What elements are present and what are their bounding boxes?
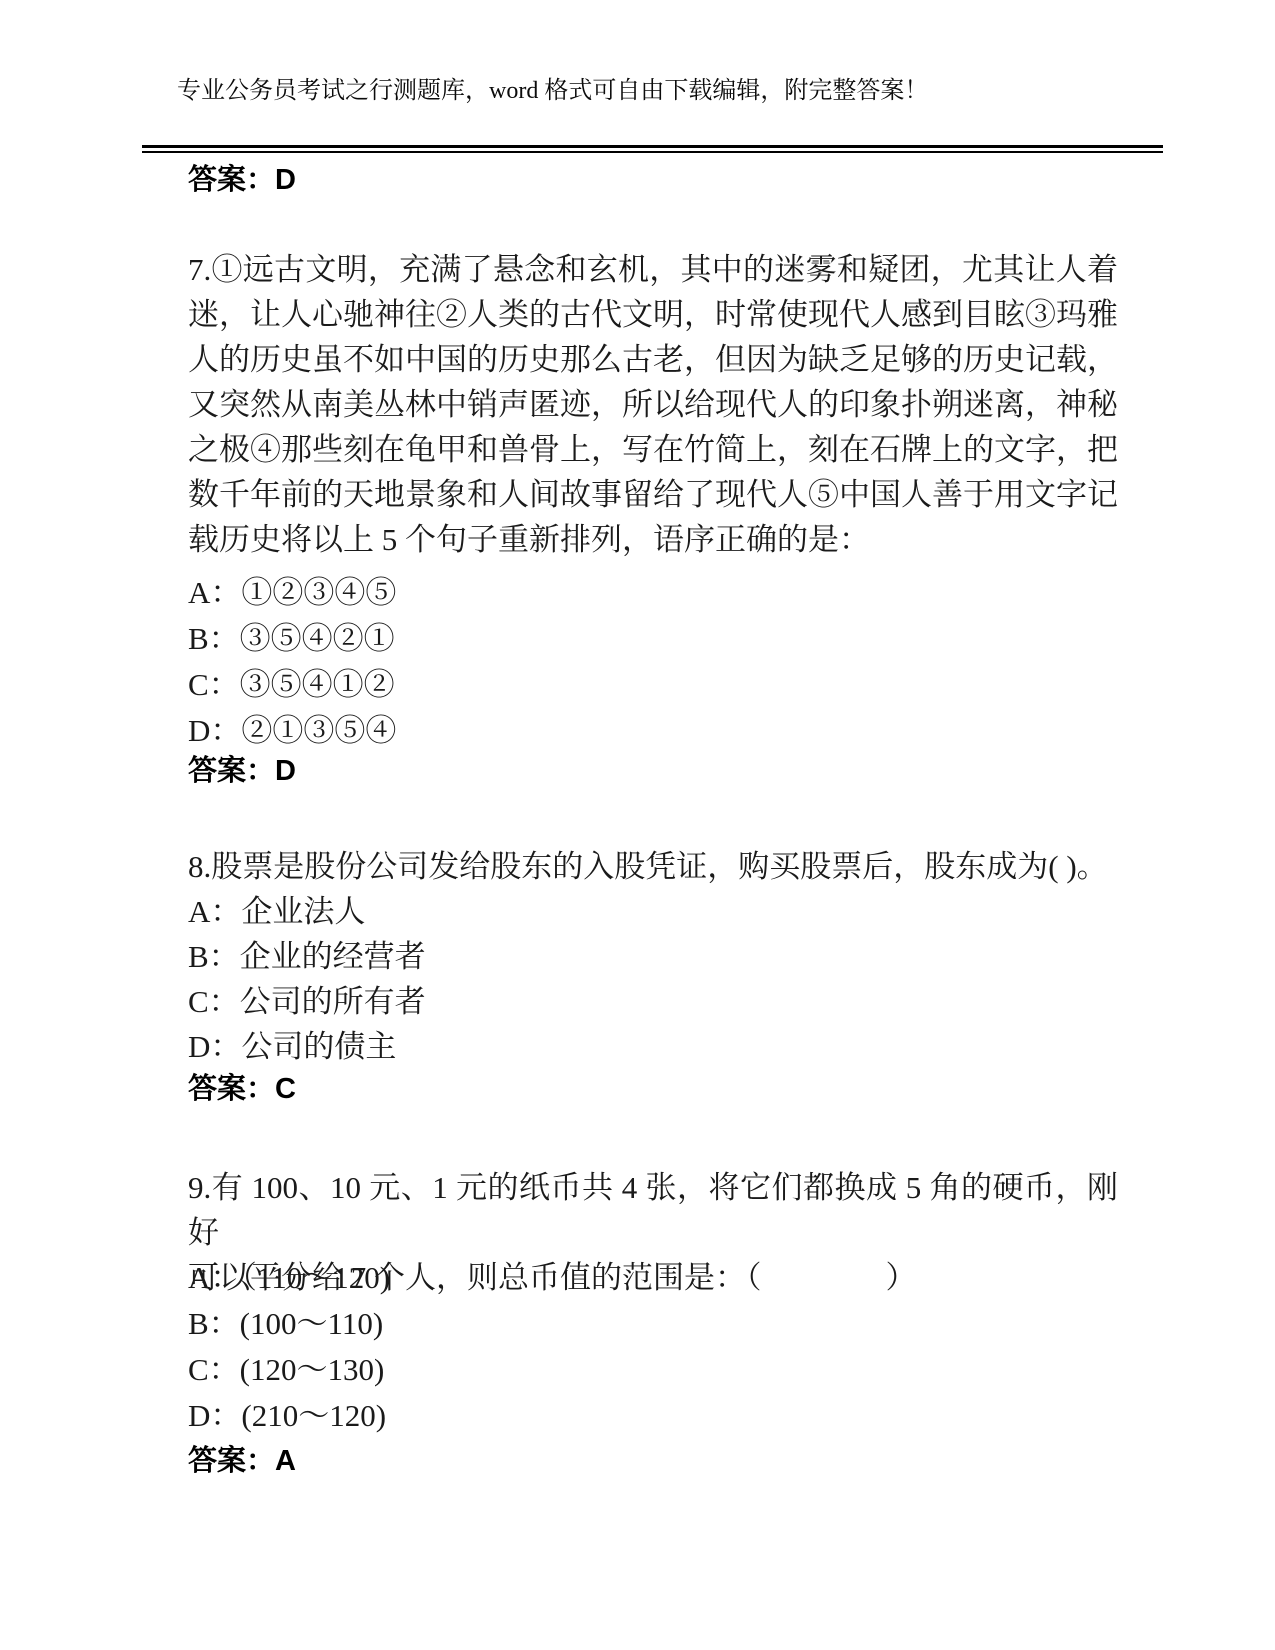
option-b: B：企业的经营者	[188, 934, 1118, 979]
document-page: 专业公务员考试之行测题库，word 格式可自由下载编辑，附完整答案！ 答案：D …	[0, 0, 1275, 1650]
question-line: 7.①远古文明，充满了悬念和玄机，其中的迷雾和疑团，尤其让人着	[188, 247, 1118, 292]
question-7-options: A：①②③④⑤ B：③⑤④②① C：③⑤④①② D：②①③⑤④	[188, 570, 1118, 754]
option-d: D：公司的债主	[188, 1024, 1118, 1069]
option-c: C：公司的所有者	[188, 979, 1118, 1024]
option-d: D：(210～120)	[188, 1393, 1118, 1439]
header-rule-divider	[142, 145, 1163, 153]
question-8-paragraph: 8.股票是股份公司发给股东的入股凭证，购买股票后，股东成为( )。	[188, 844, 1118, 889]
question-line: 8.股票是股份公司发给股东的入股凭证，购买股票后，股东成为( )。	[188, 844, 1118, 889]
question-line: 载历史将以上 5 个句子重新排列，语序正确的是：	[188, 517, 1118, 562]
answer-line-q7: 答案：D	[188, 749, 296, 794]
option-a: A：（110～120)	[188, 1255, 1118, 1301]
question-line: 9.有 100、10 元、1 元的纸币共 4 张，将它们都换成 5 角的硬币，刚…	[188, 1165, 1118, 1255]
answer-line-q6: 答案：D	[188, 158, 296, 203]
option-b: B：③⑤④②①	[188, 616, 1118, 662]
question-line: 之极④那些刻在龟甲和兽骨上，写在竹简上，刻在石牌上的文字，把	[188, 427, 1118, 472]
question-line: 数千年前的天地景象和人间故事留给了现代人⑤中国人善于用文字记	[188, 472, 1118, 517]
question-7-paragraph: 7.①远古文明，充满了悬念和玄机，其中的迷雾和疑团，尤其让人着 迷，让人心驰神往…	[188, 247, 1118, 562]
option-a: A：①②③④⑤	[188, 570, 1118, 616]
question-8-options: A：企业法人 B：企业的经营者 C：公司的所有者 D：公司的债主	[188, 889, 1118, 1069]
option-a: A：企业法人	[188, 889, 1118, 934]
page-header: 专业公务员考试之行测题库，word 格式可自由下载编辑，附完整答案！	[177, 78, 1137, 105]
option-d: D：②①③⑤④	[188, 708, 1118, 754]
question-line: 人的历史虽不如中国的历史那么古老，但因为缺乏足够的历史记载，	[188, 337, 1118, 382]
question-9-options: A：（110～120) B：(100～110) C：(120～130) D：(2…	[188, 1255, 1118, 1439]
question-line: 迷，让人心驰神往②人类的古代文明，时常使现代人感到目眩③玛雅	[188, 292, 1118, 337]
answer-line-q9: 答案：A	[188, 1439, 296, 1484]
option-c: C：(120～130)	[188, 1347, 1118, 1393]
option-b: B：(100～110)	[188, 1301, 1118, 1347]
answer-line-q8: 答案：C	[188, 1067, 296, 1112]
question-line: 又突然从南美丛林中销声匿迹，所以给现代人的印象扑朔迷离，神秘	[188, 382, 1118, 427]
option-c: C：③⑤④①②	[188, 662, 1118, 708]
